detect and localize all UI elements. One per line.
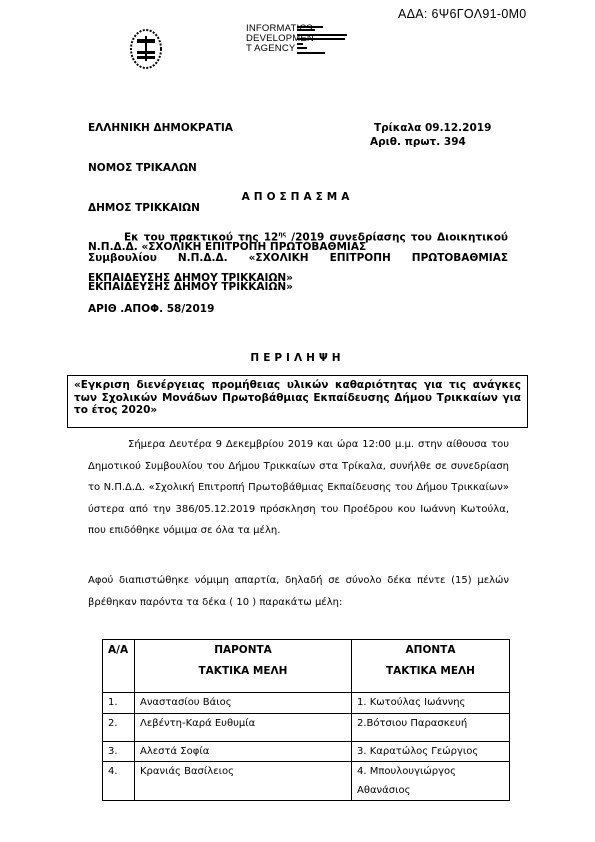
col-present-header: ΠΑΡΟΝΤΑ ΤΑΚΤΙΚΑ ΜΕΛΗ: [135, 640, 352, 693]
absent-header-line1: ΑΠΟΝΤΑ: [357, 640, 504, 661]
cell-present: Αλεστά Σοφία: [135, 741, 352, 762]
members-table: Α/Α ΠΑΡΟΝΤΑ ΤΑΚΤΙΚΑ ΜΕΛΗ ΑΠΟΝΤΑ ΤΑΚΤΙΚΑ …: [102, 639, 510, 801]
present-header-line1: ΠΑΡΟΝΤΑ: [140, 640, 346, 661]
header-line: ΕΛΛΗΝΙΚΗ ΔΗΜΟΚΡΑΤΙΑ: [88, 122, 366, 135]
col-absent-header: ΑΠΟΝΤΑ ΤΑΚΤΙΚΑ ΜΕΛΗ: [352, 640, 510, 693]
cell-aa: 4.: [103, 762, 135, 801]
cell-present: Κρανιάς Βασίλειος: [135, 762, 352, 801]
cell-absent: 1. Κωτούλας Ιωάννης: [352, 693, 510, 714]
table-row: 4. Κρανιάς Βασίλειος 4. Μπουλουγιώργος Α…: [103, 762, 510, 801]
cell-aa: 2.: [103, 713, 135, 741]
meeting-paragraph: Σήμερα Δευτέρα 9 Δεκεμβρίου 2019 και ώρα…: [88, 434, 509, 542]
table-row: 1. Αναστασίου Βάιος 1. Κωτούλας Ιωάννης: [103, 693, 510, 714]
document-title: ΑΠΟΣΠΑΣΜΑ: [0, 191, 595, 203]
signature-details-icon: [297, 25, 359, 60]
header-line: ΝΟΜΟΣ ΤΡΙΚΑΛΩΝ: [88, 162, 366, 175]
summary-box: «Εγκριση διενέργειας προμήθειας υλικών κ…: [67, 375, 528, 428]
meeting-text: Σήμερα Δευτέρα 9 Δεκεμβρίου 2019 και ώρα…: [88, 439, 509, 536]
table-row: 2. Λεβέντη-Καρά Ευθυμία 2.Βότσιου Παρασκ…: [103, 713, 510, 741]
absent-header-line2: ΤΑΚΤΙΚΑ ΜΕΛΗ: [357, 661, 504, 682]
header-line: ΔΗΜΟΣ ΤΡΙΚΚΑΙΩΝ: [88, 202, 366, 215]
col-aa-header: Α/Α: [103, 640, 135, 693]
cell-present: Λεβέντη-Καρά Ευθυμία: [135, 713, 352, 741]
table-header-row: Α/Α ΠΑΡΟΝΤΑ ΤΑΚΤΙΚΑ ΜΕΛΗ ΑΠΟΝΤΑ ΤΑΚΤΙΚΑ …: [103, 640, 510, 693]
cell-aa: 3.: [103, 741, 135, 762]
decision-number: ΑΡΙΘ .ΑΠΟΦ. 58/2019: [88, 303, 214, 315]
intro-text: Εκ του πρακτικού της 12: [124, 232, 278, 244]
summary-title: ΠΕΡΙΛΗΨΗ: [0, 352, 595, 364]
place-date: Τρίκαλα 09.12.2019: [374, 122, 491, 134]
cell-absent: 4. Μπουλουγιώργος Αθανάσιος: [352, 762, 510, 801]
intro-paragraph: Εκ του πρακτικού της 12ης /2019 συνεδρία…: [88, 225, 508, 288]
greek-coat-of-arms-icon: [128, 27, 164, 71]
ada-code: ΑΔΑ: 6Ψ6ΓΟΛ91-0Μ0: [398, 7, 527, 21]
cell-absent: 3. Καρατώλος Γεώργιος: [352, 741, 510, 762]
cell-present: Αναστασίου Βάιος: [135, 693, 352, 714]
quorum-paragraph: Αφού διαπιστώθηκε νόμιμη απαρτία, δηλαδή…: [88, 570, 509, 613]
table-row: 3. Αλεστά Σοφία 3. Καρατώλος Γεώργιος: [103, 741, 510, 762]
present-header-line2: ΤΑΚΤΙΚΑ ΜΕΛΗ: [140, 661, 346, 682]
superscript: ης: [278, 231, 286, 238]
protocol-number: Αριθ. πρωτ. 394: [370, 136, 466, 148]
cell-absent: 2.Βότσιου Παρασκευή: [352, 713, 510, 741]
cell-aa: 1.: [103, 693, 135, 714]
